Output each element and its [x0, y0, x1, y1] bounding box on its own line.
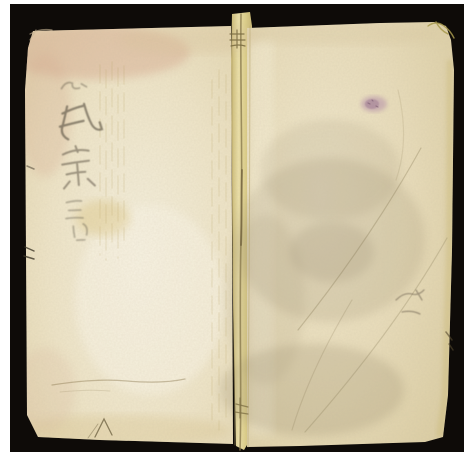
- spine-crease-dark: [241, 170, 242, 245]
- photo-of-genealogy-book: [0, 0, 468, 458]
- book-photo-canvas: [0, 0, 468, 458]
